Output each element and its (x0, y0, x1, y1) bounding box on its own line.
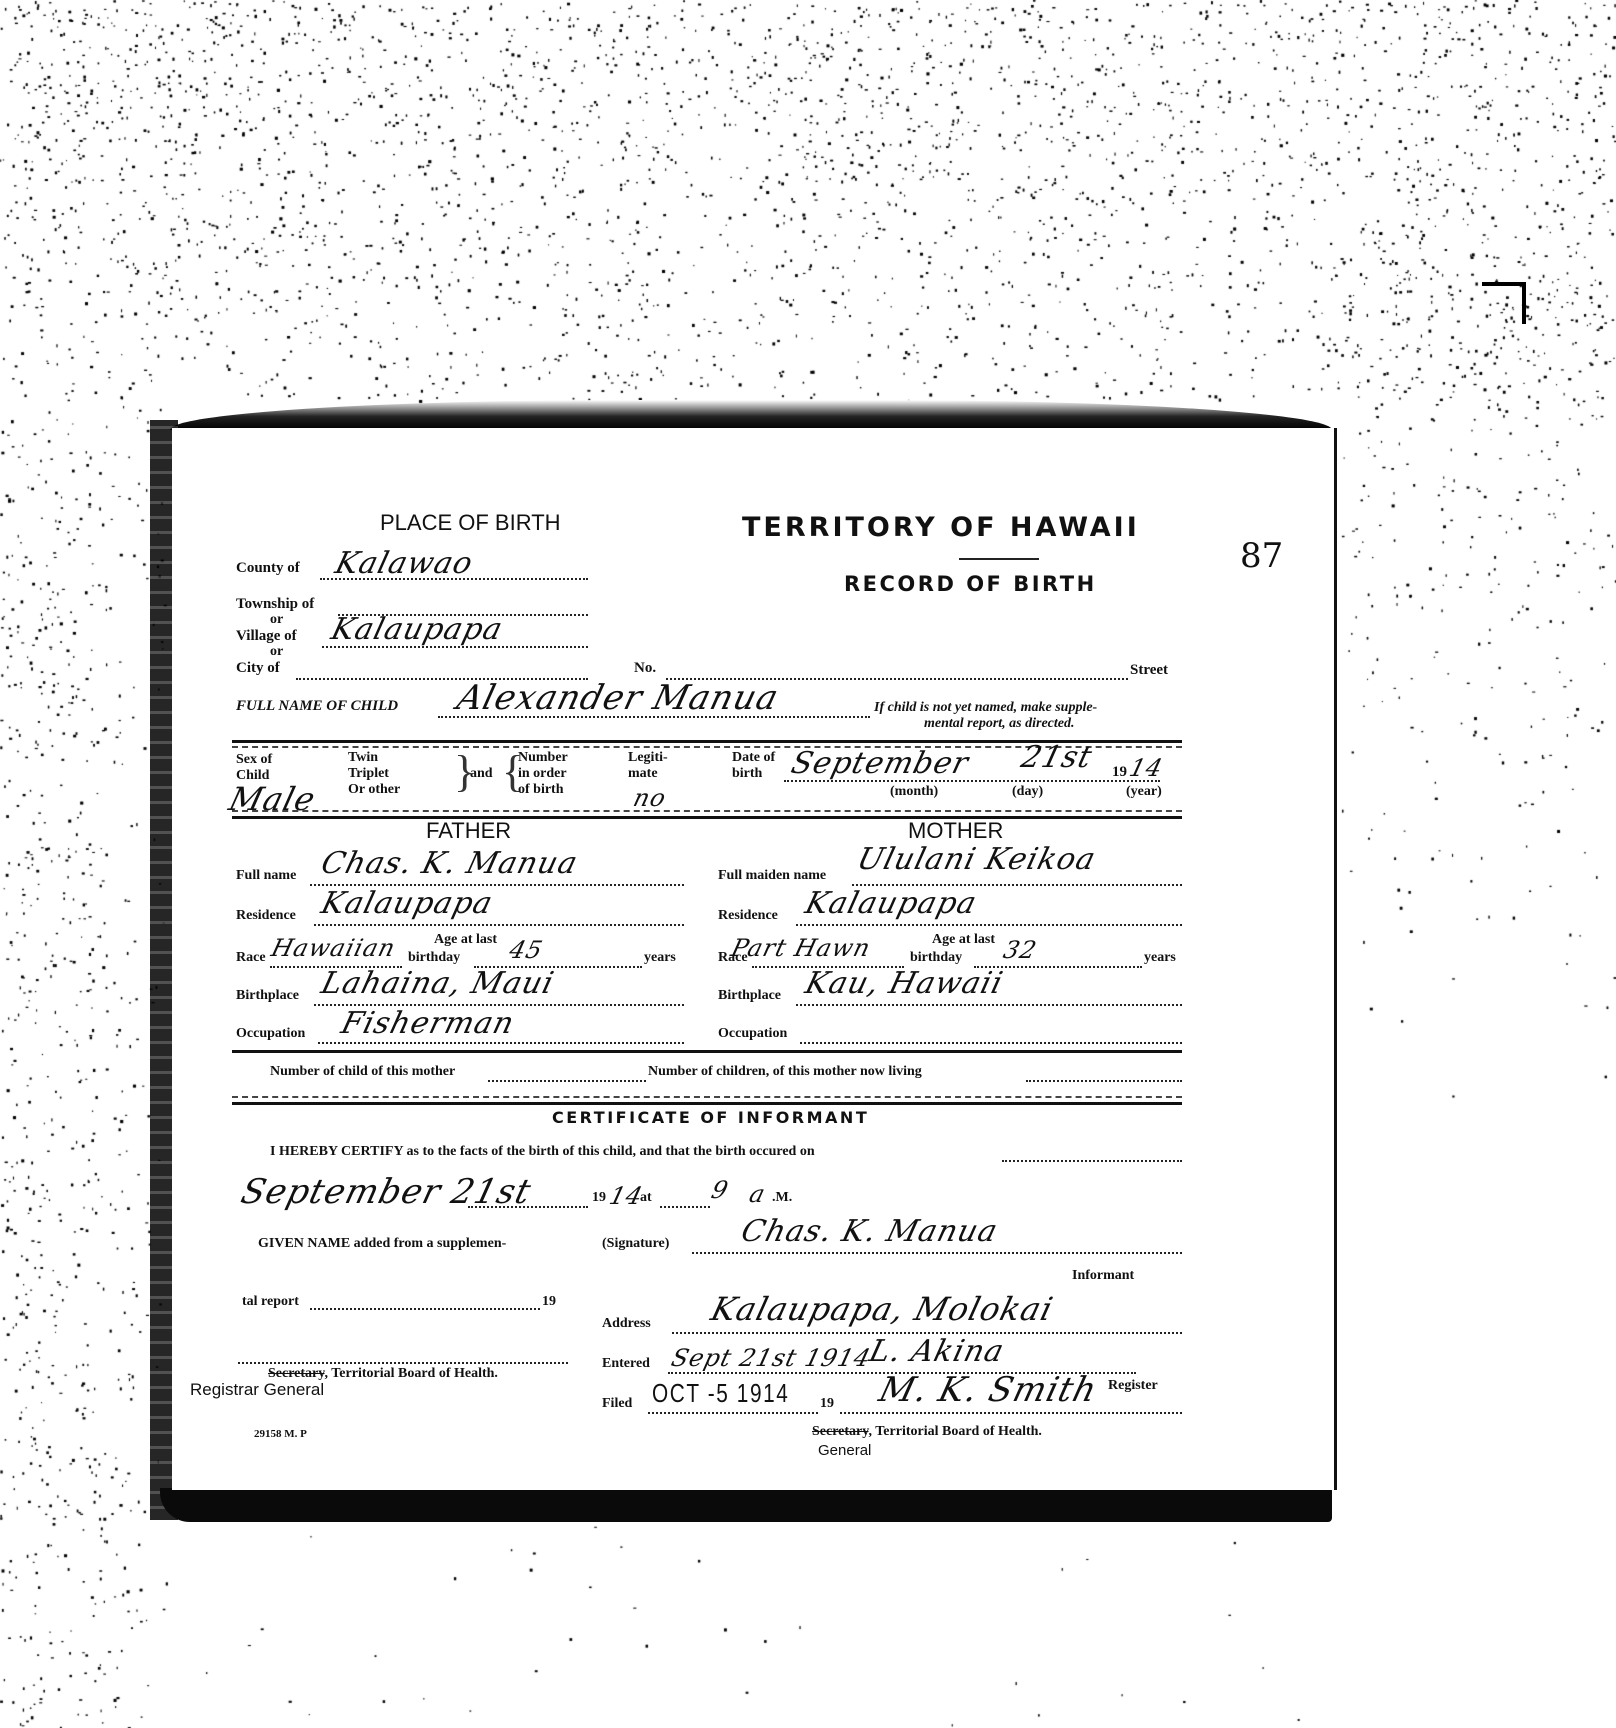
address-label: Address (602, 1316, 651, 1332)
or-label-2: or (270, 644, 283, 660)
mother-residence-value: Kalaupapa (802, 886, 981, 921)
filed-label: Filed (602, 1396, 632, 1412)
or-label-1: or (270, 612, 283, 628)
father-heading: FATHER (426, 818, 511, 844)
date-of-birth-label: Date ofbirth (732, 750, 792, 782)
father-occupation-value: Fisherman (338, 1006, 519, 1041)
father-residence-label: Residence (236, 908, 296, 924)
township-label: Township of (236, 596, 314, 613)
full-name-of-child-label: FULL NAME OF CHILD (236, 698, 398, 715)
mother-birthplace-label: Birthplace (718, 988, 781, 1004)
and-label: and (470, 766, 493, 782)
birth-order-label: Numberin orderof birth (518, 750, 598, 798)
register-label: Register (1108, 1378, 1158, 1394)
entered-label: Entered (602, 1356, 650, 1372)
not-named-note-1: If child is not yet named, make supple- (874, 700, 1097, 716)
registrar-overwrite: Registrar General (190, 1380, 324, 1400)
county-label: County of (236, 560, 300, 577)
mother-birthday-label: birthday (910, 950, 962, 966)
day-caption: (day) (1012, 784, 1043, 800)
certificate-heading: CERTIFICATE OF INFORMANT (552, 1108, 869, 1127)
birth-record-card: PLACE OF BIRTH TERRITORY OF HAWAII RECOR… (172, 428, 1337, 1490)
dob-month-value: September (788, 746, 973, 781)
year-caption: (year) (1126, 784, 1162, 800)
at-label: at (640, 1190, 652, 1206)
given-name-label-2: tal report (242, 1294, 299, 1310)
filed-date-stamp: OCT -5 1914 (652, 1378, 789, 1409)
informant-label: Informant (1072, 1268, 1134, 1284)
m-label: .M. (772, 1190, 792, 1206)
filed-year-prefix: 19 (820, 1396, 834, 1412)
mother-age-value: 32 (1001, 936, 1041, 964)
given-name-label: GIVEN NAME added from a supplemen- (258, 1236, 506, 1252)
entered-by-value: L. Akina (866, 1334, 1008, 1369)
given-name-year: 19 (542, 1294, 556, 1310)
certify-ampm-value: a (747, 1180, 769, 1208)
father-race-value: Hawaiian (269, 934, 399, 962)
father-residence-value: Kalaupapa (318, 886, 497, 921)
father-birthplace-value: Lahaina, Maui (318, 966, 558, 1001)
father-age-label-1: Age at last (434, 932, 497, 948)
entered-date-value: Sept 21st 1914 (669, 1344, 874, 1372)
document-title: TERRITORY OF HAWAII (742, 512, 1140, 543)
children-living-label: Number of children, of this mother now l… (648, 1064, 922, 1080)
mother-occupation-label: Occupation (718, 1026, 787, 1042)
address-value: Kalaupapa, Molokai (707, 1290, 1057, 1328)
record-number: 87 (1240, 536, 1283, 576)
card-bottom-shadow (160, 1488, 1332, 1522)
month-caption: (month) (890, 784, 938, 800)
mother-years-label: years (1144, 950, 1176, 966)
father-birthday-label: birthday (408, 950, 460, 966)
title-divider (959, 558, 1039, 560)
certify-time-value: 9 (709, 1176, 732, 1204)
mother-race-value: Part Hawn (729, 934, 874, 962)
filed-signature-value: M. K. Smith (875, 1370, 1101, 1410)
father-occupation-label: Occupation (236, 1026, 305, 1042)
informant-signature-value: Chas. K. Manua (738, 1214, 1002, 1249)
county-value: Kalawao (332, 546, 477, 581)
no-label: No. (634, 660, 656, 677)
filed-title-line: Secretary, Territorial Board of Health. (812, 1424, 1042, 1440)
mother-heading: MOTHER (908, 818, 1003, 844)
filed-overwrite: General (818, 1442, 871, 1459)
dob-day-value: 21st (1018, 740, 1096, 775)
city-label: City of (236, 660, 280, 677)
document-subtitle: RECORD OF BIRTH (844, 572, 1097, 596)
certify-text: I HEREBY CERTIFY as to the facts of the … (270, 1144, 815, 1160)
legitimate-label: Legiti-mate (628, 750, 688, 782)
father-full-name-label: Full name (236, 868, 296, 884)
mother-full-name-value: Ululani Keikoa (854, 842, 1100, 877)
street-label: Street (1130, 662, 1168, 679)
father-birthplace-label: Birthplace (236, 988, 299, 1004)
not-named-note-2: mental report, as directed. (924, 716, 1075, 732)
father-age-value: 45 (507, 936, 547, 964)
certify-year-prefix: 19 (592, 1190, 606, 1206)
child-number-label: Number of child of this mother (270, 1064, 455, 1080)
crop-corner-mark (1482, 282, 1526, 324)
dob-year-value: 14 (1127, 754, 1167, 782)
mother-full-name-label: Full maiden name (718, 868, 826, 884)
dob-year-prefix: 19 (1112, 764, 1127, 781)
father-race-label: Race (236, 950, 266, 966)
sex-value: Male (225, 780, 319, 818)
village-value: Kalaupapa (328, 612, 507, 647)
twin-label: TwinTripletOr other (348, 750, 428, 798)
form-code: 29158 M. P (254, 1428, 307, 1440)
legitimate-value: no (631, 784, 670, 812)
signature-label: (Signature) (602, 1236, 669, 1252)
mother-birthplace-value: Kau, Hawaii (802, 966, 1007, 1001)
mother-age-label-1: Age at last (932, 932, 995, 948)
father-full-name-value: Chas. K. Manua (318, 846, 582, 881)
place-of-birth-heading: PLACE OF BIRTH (380, 510, 561, 536)
village-label: Village of (236, 628, 297, 645)
child-name-value: Alexander Manua (453, 678, 783, 718)
mother-residence-label: Residence (718, 908, 778, 924)
father-years-label: years (644, 950, 676, 966)
